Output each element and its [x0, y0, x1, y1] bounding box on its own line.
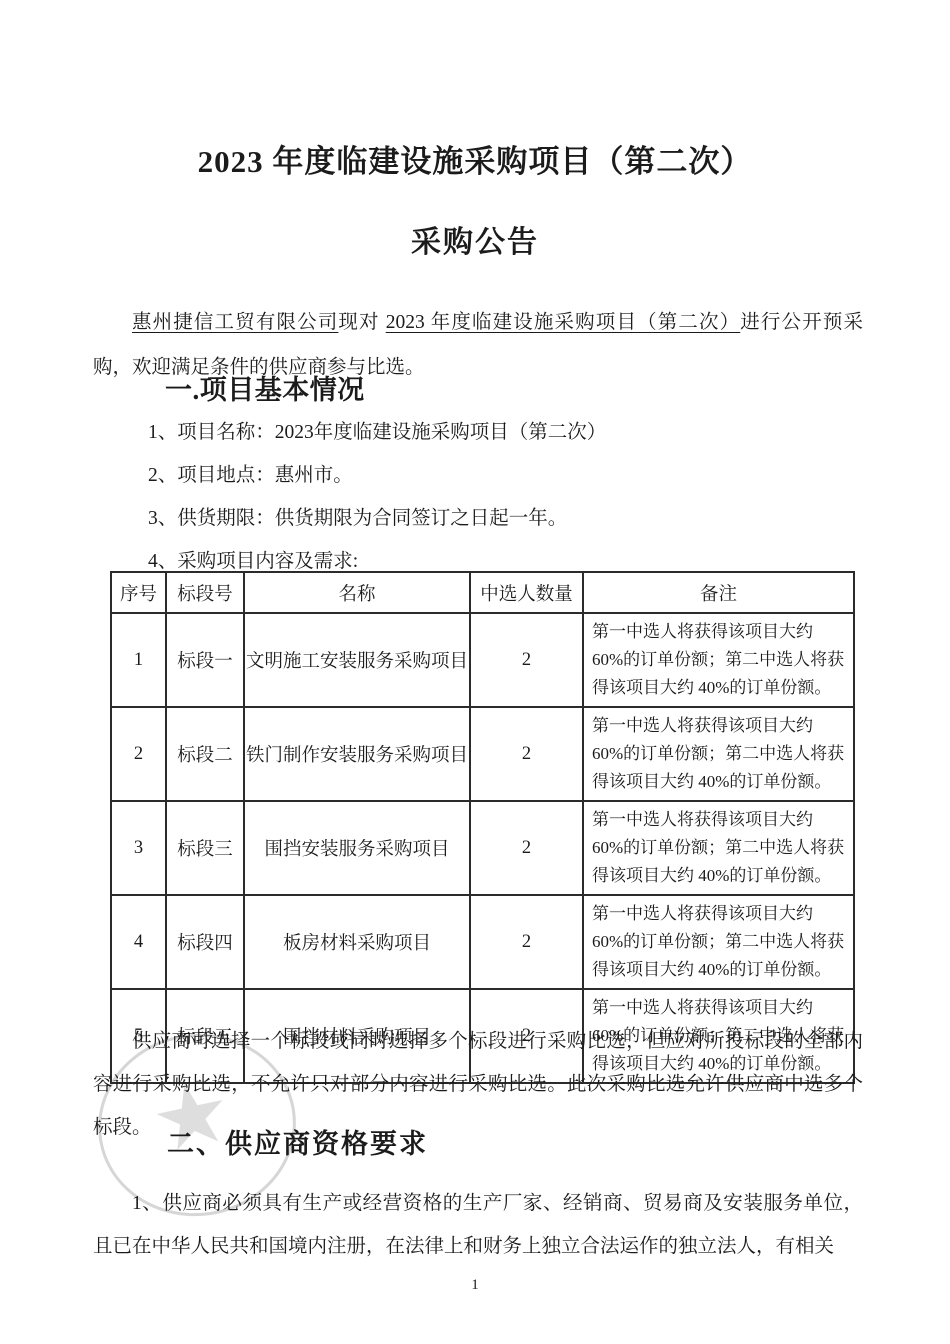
header-remark: 备注	[583, 572, 854, 613]
procurement-table: 序号 标段号 名称 中选人数量 备注 1 标段一 文明施工安装服务采购项目 2 …	[110, 571, 855, 1084]
table-row: 1 标段一 文明施工安装服务采购项目 2 第一中选人将获得该项目大约 60%的订…	[111, 613, 854, 707]
cell-winner-count: 2	[470, 801, 583, 895]
cell-name: 板房材料采购项目	[244, 895, 470, 989]
cell-remark: 第一中选人将获得该项目大约 60%的订单份额；第二中选人将获得该项目大约 40%…	[583, 707, 854, 801]
cell-name: 文明施工安装服务采购项目	[244, 613, 470, 707]
project-info-list: 1、项目名称：2023年度临建设施采购项目（第二次） 2、项目地点：惠州市。 3…	[148, 420, 606, 592]
page-number: 1	[0, 1277, 950, 1294]
header-serial: 序号	[111, 572, 166, 613]
document-subtitle: 采购公告	[0, 217, 950, 261]
cell-name: 围挡安装服务采购项目	[244, 801, 470, 895]
list-item-project-name: 1、项目名称：2023年度临建设施采购项目（第二次）	[148, 420, 606, 446]
document-title: 2023 年度临建设施采购项目（第二次）	[0, 136, 950, 181]
header-name: 名称	[244, 572, 470, 613]
cell-lot: 标段二	[166, 707, 244, 801]
company-name: 惠州捷信工贸有限公司	[132, 312, 338, 333]
cell-lot: 标段三	[166, 801, 244, 895]
cell-winner-count: 2	[470, 707, 583, 801]
header-lot: 标段号	[166, 572, 244, 613]
table-row: 4 标段四 板房材料采购项目 2 第一中选人将获得该项目大约 60%的订单份额；…	[111, 895, 854, 989]
document-page: ★ 2023 年度临建设施采购项目（第二次） 采购公告 惠州捷信工贸有限公司现对…	[0, 0, 950, 1344]
cell-lot: 标段一	[166, 613, 244, 707]
cell-serial: 4	[111, 895, 166, 989]
cell-name: 铁门制作安装服务采购项目	[244, 707, 470, 801]
cell-remark: 第一中选人将获得该项目大约 60%的订单份额；第二中选人将获得该项目大约 40%…	[583, 613, 854, 707]
cell-remark: 第一中选人将获得该项目大约 60%的订单份额；第二中选人将获得该项目大约 40%…	[583, 895, 854, 989]
intro-connector: 现对	[338, 312, 385, 333]
cell-winner-count: 2	[470, 613, 583, 707]
section2-heading: 二、供应商资格要求	[167, 1122, 428, 1161]
header-winner-count: 中选人数量	[470, 572, 583, 613]
supplier-qualification-paragraph: 1、供应商必须具有生产或经营资格的生产厂家、经销商、贸易商及安装服务单位，且已在…	[93, 1182, 863, 1268]
list-item-project-location: 2、项目地点：惠州市。	[148, 463, 606, 489]
cell-serial: 2	[111, 707, 166, 801]
cell-remark: 第一中选人将获得该项目大约 60%的订单份额；第二中选人将获得该项目大约 40%…	[583, 801, 854, 895]
table-header-row: 序号 标段号 名称 中选人数量 备注	[111, 572, 854, 613]
cell-serial: 1	[111, 613, 166, 707]
list-item-supply-period: 3、供货期限：供货期限为合同签订之日起一年。	[148, 506, 606, 532]
cell-serial: 3	[111, 801, 166, 895]
cell-lot: 标段四	[166, 895, 244, 989]
section1-heading: 一.项目基本情况	[165, 368, 365, 407]
table-row: 2 标段二 铁门制作安装服务采购项目 2 第一中选人将获得该项目大约 60%的订…	[111, 707, 854, 801]
project-name: 2023 年度临建设施采购项目（第二次）	[386, 312, 741, 333]
table-row: 3 标段三 围挡安装服务采购项目 2 第一中选人将获得该项目大约 60%的订单份…	[111, 801, 854, 895]
cell-winner-count: 2	[470, 895, 583, 989]
